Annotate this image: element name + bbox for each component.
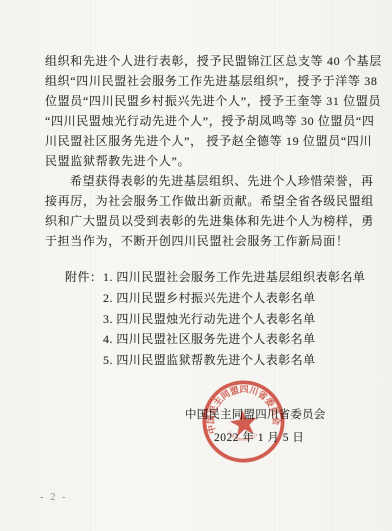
- attachment-item: 1. 四川民盟社会服务工作先进基层组织表彰名单: [103, 267, 365, 288]
- attachment-row: 5. 四川民盟监狱帮教先进个人表彰名单: [65, 350, 375, 371]
- document-body: 组织和先进个人进行表彰，授予民盟锦江区总支等 40 个基层 组织“四川民盟社会服…: [45, 51, 370, 251]
- body-line: 组织“四川民盟社会服务工作先进基层组织”，授予于洋等 38: [45, 71, 370, 91]
- document-page: 组织和先进个人进行表彰，授予民盟锦江区总支等 40 个基层 组织“四川民盟社会服…: [0, 0, 392, 531]
- attachment-indent: [65, 288, 103, 309]
- attachments-label: 附件：: [65, 267, 103, 288]
- attachments-list: 附件： 1. 四川民盟社会服务工作先进基层组织表彰名单 2. 四川民盟乡村振兴先…: [65, 267, 375, 371]
- body-line: 希望获得表彰的先进基层组织、先进个人珍惜荣誉，再: [45, 171, 370, 191]
- attachment-item: 3. 四川民盟烛光行动先进个人表彰名单: [103, 309, 316, 330]
- body-line: 川民盟社区服务先进个人”， 授予赵全德等 19 位盟员“四川: [45, 131, 370, 151]
- seal-star-icon: [228, 408, 258, 437]
- attachment-row: 3. 四川民盟烛光行动先进个人表彰名单: [65, 309, 375, 330]
- attachment-row: 附件： 1. 四川民盟社会服务工作先进基层组织表彰名单: [65, 267, 375, 288]
- attachment-row: 2. 四川民盟乡村振兴先进个人表彰名单: [65, 288, 375, 309]
- attachment-indent: [65, 350, 103, 371]
- attachment-indent: [65, 329, 103, 350]
- body-line: “四川民盟烛光行动先进个人”，授予胡凤鸣等 30 位盟员“四: [45, 111, 370, 131]
- attachment-indent: [65, 309, 103, 330]
- attachment-item: 4. 四川民盟社区服务先进个人表彰名单: [103, 329, 316, 350]
- body-line: 织和广大盟员以受到表彰的先进集体和先进个人为榜样，勇: [45, 211, 370, 231]
- attachment-item: 5. 四川民盟监狱帮教先进个人表彰名单: [103, 350, 316, 371]
- body-line: 接再厉，为社会服务工作做出新贡献。希望全省各级民盟组: [45, 191, 370, 211]
- body-line: 民盟监狱帮教先进个人”。: [45, 151, 370, 171]
- attachment-row: 4. 四川民盟社区服务先进个人表彰名单: [65, 329, 375, 350]
- official-seal: 中国民主同盟四川省委员会 5101000005022: [195, 373, 291, 469]
- page-number: - 2 -: [40, 492, 68, 503]
- attachment-item: 2. 四川民盟乡村振兴先进个人表彰名单: [103, 288, 316, 309]
- body-line: 组织和先进个人进行表彰，授予民盟锦江区总支等 40 个基层: [45, 51, 370, 71]
- body-line: 于担当作为，不断开创四川民盟社会服务工作新局面！: [45, 231, 370, 251]
- body-line: 位盟员“四川民盟乡村振兴先进个人”，授予王奎等 31 位盟员: [45, 91, 370, 111]
